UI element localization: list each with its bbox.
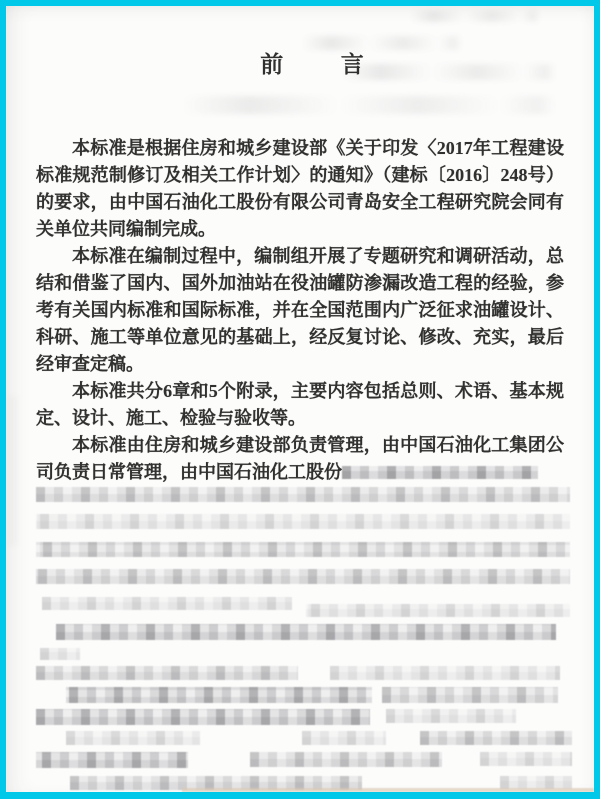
preface-paragraph-2: 本标准在编制过程中，编制组开展了专题研究和调研活动，总结和借鉴了国内、国外加油站… — [36, 243, 564, 378]
redacted-line — [36, 752, 188, 768]
redacted-line — [36, 569, 570, 584]
redacted-line — [386, 709, 516, 723]
redacted-line — [302, 731, 386, 745]
redacted-line — [330, 666, 560, 680]
redacted-line — [36, 542, 570, 557]
redacted-line — [42, 597, 292, 610]
redacted-line — [480, 752, 572, 766]
bleedthrough-artifact — [8, 396, 18, 546]
bleedthrough-artifact — [410, 10, 540, 22]
redacted-line — [36, 709, 370, 725]
scan-edge-artifact — [182, 788, 594, 792]
scan-frame: 前言 本标准是根据住房和城乡建设部《关于印发〈2017年工程建设标准规范制修订及… — [0, 0, 600, 799]
preface-paragraph-4: 本标准由住房和城乡建设部负责管理，由中国石油化工集团公司负责日常管理，由中国石油… — [36, 432, 564, 486]
bleedthrough-artifact — [182, 96, 556, 114]
preface-body: 本标准是根据住房和城乡建设部《关于印发〈2017年工程建设标准规范制修订及相关工… — [36, 135, 564, 486]
redacted-line — [66, 731, 200, 745]
preface-paragraph-3: 本标准共分6章和5个附录，主要内容包括总则、术语、基本规定、设计、施工、检验与验… — [36, 378, 564, 432]
redacted-line — [382, 687, 558, 703]
page-title: 前言 — [18, 46, 594, 79]
redacted-inline — [342, 466, 538, 479]
redacted-line — [66, 687, 372, 703]
redacted-line — [40, 648, 80, 660]
redacted-line — [36, 514, 570, 529]
redacted-line — [36, 487, 570, 502]
redacted-line — [306, 604, 570, 617]
redacted-line — [56, 624, 556, 640]
redacted-line — [250, 752, 442, 767]
redacted-line — [420, 731, 572, 745]
document-page: 前言 本标准是根据住房和城乡建设部《关于印发〈2017年工程建设标准规范制修订及… — [6, 6, 594, 792]
preface-paragraph-1: 本标准是根据住房和城乡建设部《关于印发〈2017年工程建设标准规范制修订及相关工… — [36, 135, 564, 243]
redacted-line — [36, 666, 298, 680]
